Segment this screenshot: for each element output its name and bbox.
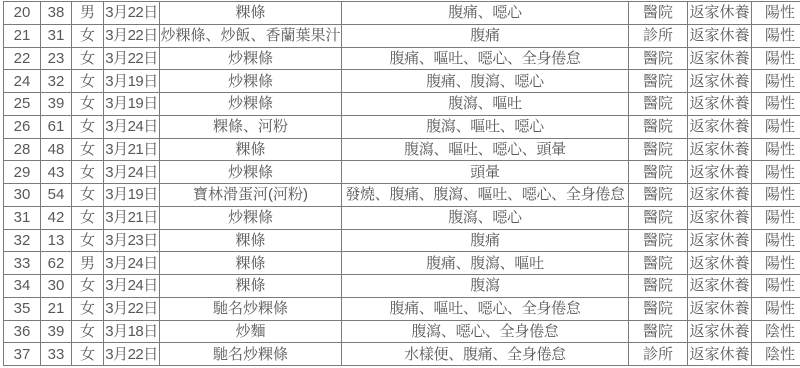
cell-age: 38 <box>41 2 72 25</box>
cell-symptoms: 腹瀉、嘔吐、噁心、頭暈 <box>342 138 629 161</box>
cell-symptoms: 腹痛 <box>342 24 629 47</box>
cell-age: 33 <box>41 343 72 366</box>
cell-onset_date: 3月24日 <box>104 275 160 298</box>
cell-test_result: 陰性 <box>752 320 800 343</box>
cell-medical_facility: 醫院 <box>629 115 688 138</box>
cell-food_eaten: 炒粿條 <box>160 93 342 116</box>
cell-status: 返家休養 <box>688 184 752 207</box>
cell-test_result: 陽性 <box>752 138 800 161</box>
cell-sex: 女 <box>72 161 104 184</box>
cell-medical_facility: 醫院 <box>629 297 688 320</box>
table-row: 2038男3月22日粿條腹痛、噁心醫院返家休養陽性 <box>4 2 800 25</box>
cell-sex: 女 <box>72 70 104 93</box>
cell-test_result: 陽性 <box>752 70 800 93</box>
table-row: 3054女3月19日寶林滑蛋河(河粉)發燒、腹痛、腹瀉、嘔吐、噁心、全身倦怠醫院… <box>4 184 800 207</box>
cell-case_no: 29 <box>4 161 41 184</box>
cell-food_eaten: 炒麵 <box>160 320 342 343</box>
cell-food_eaten: 寶林滑蛋河(河粉) <box>160 184 342 207</box>
cell-onset_date: 3月22日 <box>104 24 160 47</box>
cell-age: 48 <box>41 138 72 161</box>
cell-case_no: 26 <box>4 115 41 138</box>
cell-test_result: 陽性 <box>752 93 800 116</box>
cell-status: 返家休養 <box>688 297 752 320</box>
cell-symptoms: 腹痛、嘔吐、噁心、全身倦怠 <box>342 47 629 70</box>
cell-age: 31 <box>41 24 72 47</box>
cell-case_no: 21 <box>4 24 41 47</box>
cell-status: 返家休養 <box>688 2 752 25</box>
cell-age: 39 <box>41 320 72 343</box>
table-row: 2943女3月24日炒粿條頭暈醫院返家休養陽性 <box>4 161 800 184</box>
cell-onset_date: 3月24日 <box>104 252 160 275</box>
cell-test_result: 陽性 <box>752 47 800 70</box>
cell-onset_date: 3月19日 <box>104 70 160 93</box>
cell-medical_facility: 醫院 <box>629 70 688 93</box>
cell-status: 返家休養 <box>688 70 752 93</box>
cell-medical_facility: 醫院 <box>629 206 688 229</box>
cell-onset_date: 3月23日 <box>104 229 160 252</box>
cell-symptoms: 腹痛、嘔吐、噁心、全身倦怠 <box>342 297 629 320</box>
cell-medical_facility: 醫院 <box>629 93 688 116</box>
cell-medical_facility: 醫院 <box>629 47 688 70</box>
cell-status: 返家休養 <box>688 275 752 298</box>
cell-case_no: 25 <box>4 93 41 116</box>
cell-symptoms: 腹痛、腹瀉、噁心 <box>342 70 629 93</box>
cell-symptoms: 腹瀉、嘔吐 <box>342 93 629 116</box>
cell-status: 返家休養 <box>688 161 752 184</box>
cell-sex: 男 <box>72 252 104 275</box>
cell-sex: 女 <box>72 115 104 138</box>
table-row: 3639女3月18日炒麵腹瀉、噁心、全身倦怠醫院返家休養陰性 <box>4 320 800 343</box>
table-row: 2848女3月21日粿條腹瀉、嘔吐、噁心、頭暈醫院返家休養陽性 <box>4 138 800 161</box>
cell-onset_date: 3月24日 <box>104 161 160 184</box>
cell-test_result: 陽性 <box>752 206 800 229</box>
cell-medical_facility: 醫院 <box>629 275 688 298</box>
case-table-body: 2038男3月22日粿條腹痛、噁心醫院返家休養陽性2131女3月22日炒粿條、炒… <box>4 2 800 366</box>
cell-age: 32 <box>41 70 72 93</box>
cell-medical_facility: 醫院 <box>629 2 688 25</box>
cell-age: 30 <box>41 275 72 298</box>
cell-onset_date: 3月19日 <box>104 184 160 207</box>
cell-medical_facility: 診所 <box>629 24 688 47</box>
cell-sex: 女 <box>72 320 104 343</box>
cell-food_eaten: 馳名炒粿條 <box>160 297 342 320</box>
table-row: 3142女3月21日炒粿條腹瀉、噁心醫院返家休養陽性 <box>4 206 800 229</box>
cell-symptoms: 腹瀉、噁心 <box>342 206 629 229</box>
cell-status: 返家休養 <box>688 320 752 343</box>
cell-case_no: 24 <box>4 70 41 93</box>
cell-medical_facility: 診所 <box>629 343 688 366</box>
cell-case_no: 37 <box>4 343 41 366</box>
cell-symptoms: 頭暈 <box>342 161 629 184</box>
cell-sex: 女 <box>72 229 104 252</box>
cell-test_result: 陰性 <box>752 343 800 366</box>
table-row: 3521女3月22日馳名炒粿條腹痛、嘔吐、噁心、全身倦怠醫院返家休養陽性 <box>4 297 800 320</box>
table-row: 2432女3月19日炒粿條腹痛、腹瀉、噁心醫院返家休養陽性 <box>4 70 800 93</box>
cell-food_eaten: 馳名炒粿條 <box>160 343 342 366</box>
case-table: 2038男3月22日粿條腹痛、噁心醫院返家休養陽性2131女3月22日炒粿條、炒… <box>3 1 800 366</box>
cell-food_eaten: 粿條 <box>160 2 342 25</box>
cell-case_no: 30 <box>4 184 41 207</box>
cell-food_eaten: 炒粿條、炒飯、香蘭葉果汁 <box>160 24 342 47</box>
cell-test_result: 陽性 <box>752 275 800 298</box>
cell-status: 返家休養 <box>688 138 752 161</box>
cell-symptoms: 水樣便、腹痛、全身倦怠 <box>342 343 629 366</box>
cell-age: 23 <box>41 47 72 70</box>
cell-symptoms: 腹瀉 <box>342 275 629 298</box>
cell-sex: 女 <box>72 93 104 116</box>
cell-status: 返家休養 <box>688 93 752 116</box>
cell-food_eaten: 粿條 <box>160 275 342 298</box>
cell-test_result: 陽性 <box>752 297 800 320</box>
cell-sex: 男 <box>72 2 104 25</box>
cell-medical_facility: 醫院 <box>629 229 688 252</box>
cell-test_result: 陽性 <box>752 24 800 47</box>
cell-onset_date: 3月24日 <box>104 115 160 138</box>
cell-medical_facility: 醫院 <box>629 161 688 184</box>
cell-onset_date: 3月21日 <box>104 206 160 229</box>
cell-food_eaten: 炒粿條 <box>160 161 342 184</box>
cell-sex: 女 <box>72 138 104 161</box>
cell-sex: 女 <box>72 275 104 298</box>
cell-food_eaten: 粿條 <box>160 229 342 252</box>
cell-case_no: 22 <box>4 47 41 70</box>
cell-test_result: 陽性 <box>752 2 800 25</box>
cell-status: 返家休養 <box>688 47 752 70</box>
table-row: 3430女3月24日粿條腹瀉醫院返家休養陽性 <box>4 275 800 298</box>
cell-status: 返家休養 <box>688 24 752 47</box>
cell-food_eaten: 粿條 <box>160 252 342 275</box>
cell-status: 返家休養 <box>688 206 752 229</box>
table-row: 3362男3月24日粿條腹痛、腹瀉、嘔吐醫院返家休養陽性 <box>4 252 800 275</box>
cell-case_no: 28 <box>4 138 41 161</box>
cell-sex: 女 <box>72 24 104 47</box>
cell-age: 43 <box>41 161 72 184</box>
cell-food_eaten: 粿條 <box>160 138 342 161</box>
cell-sex: 女 <box>72 343 104 366</box>
cell-food_eaten: 粿條、河粉 <box>160 115 342 138</box>
cell-test_result: 陽性 <box>752 252 800 275</box>
cell-sex: 女 <box>72 297 104 320</box>
cell-onset_date: 3月21日 <box>104 138 160 161</box>
cell-case_no: 34 <box>4 275 41 298</box>
table-row: 2661女3月24日粿條、河粉腹瀉、嘔吐、噁心醫院返家休養陽性 <box>4 115 800 138</box>
cell-food_eaten: 炒粿條 <box>160 206 342 229</box>
cell-status: 返家休養 <box>688 252 752 275</box>
case-table-container: 2038男3月22日粿條腹痛、噁心醫院返家休養陽性2131女3月22日炒粿條、炒… <box>3 1 800 367</box>
cell-age: 62 <box>41 252 72 275</box>
cell-sex: 女 <box>72 47 104 70</box>
cell-onset_date: 3月22日 <box>104 2 160 25</box>
cell-onset_date: 3月22日 <box>104 47 160 70</box>
cell-status: 返家休養 <box>688 229 752 252</box>
cell-food_eaten: 炒粿條 <box>160 70 342 93</box>
table-row: 2131女3月22日炒粿條、炒飯、香蘭葉果汁腹痛診所返家休養陽性 <box>4 24 800 47</box>
cell-case_no: 20 <box>4 2 41 25</box>
cell-case_no: 35 <box>4 297 41 320</box>
cell-sex: 女 <box>72 206 104 229</box>
cell-age: 39 <box>41 93 72 116</box>
cell-symptoms: 腹瀉、噁心、全身倦怠 <box>342 320 629 343</box>
cell-age: 61 <box>41 115 72 138</box>
cell-onset_date: 3月18日 <box>104 320 160 343</box>
cell-onset_date: 3月22日 <box>104 297 160 320</box>
cell-sex: 女 <box>72 184 104 207</box>
cell-age: 21 <box>41 297 72 320</box>
cell-symptoms: 發燒、腹痛、腹瀉、嘔吐、噁心、全身倦怠 <box>342 184 629 207</box>
cell-symptoms: 腹瀉、嘔吐、噁心 <box>342 115 629 138</box>
cell-food_eaten: 炒粿條 <box>160 47 342 70</box>
cell-medical_facility: 醫院 <box>629 138 688 161</box>
cell-onset_date: 3月19日 <box>104 93 160 116</box>
cell-medical_facility: 醫院 <box>629 320 688 343</box>
cell-test_result: 陽性 <box>752 184 800 207</box>
cell-status: 返家休養 <box>688 115 752 138</box>
cell-symptoms: 腹痛、腹瀉、嘔吐 <box>342 252 629 275</box>
cell-age: 54 <box>41 184 72 207</box>
cell-test_result: 陽性 <box>752 161 800 184</box>
cell-age: 13 <box>41 229 72 252</box>
cell-case_no: 32 <box>4 229 41 252</box>
cell-medical_facility: 醫院 <box>629 252 688 275</box>
cell-status: 返家休養 <box>688 343 752 366</box>
cell-age: 42 <box>41 206 72 229</box>
cell-case_no: 31 <box>4 206 41 229</box>
table-row: 2223女3月22日炒粿條腹痛、嘔吐、噁心、全身倦怠醫院返家休養陽性 <box>4 47 800 70</box>
table-row: 2539女3月19日炒粿條腹瀉、嘔吐醫院返家休養陽性 <box>4 93 800 116</box>
cell-test_result: 陽性 <box>752 229 800 252</box>
table-row: 3213女3月23日粿條腹痛醫院返家休養陽性 <box>4 229 800 252</box>
cell-case_no: 36 <box>4 320 41 343</box>
cell-medical_facility: 醫院 <box>629 184 688 207</box>
cell-symptoms: 腹痛、噁心 <box>342 2 629 25</box>
cell-onset_date: 3月22日 <box>104 343 160 366</box>
cell-symptoms: 腹痛 <box>342 229 629 252</box>
cell-case_no: 33 <box>4 252 41 275</box>
cell-test_result: 陽性 <box>752 115 800 138</box>
table-row: 3733女3月22日馳名炒粿條水樣便、腹痛、全身倦怠診所返家休養陰性 <box>4 343 800 366</box>
